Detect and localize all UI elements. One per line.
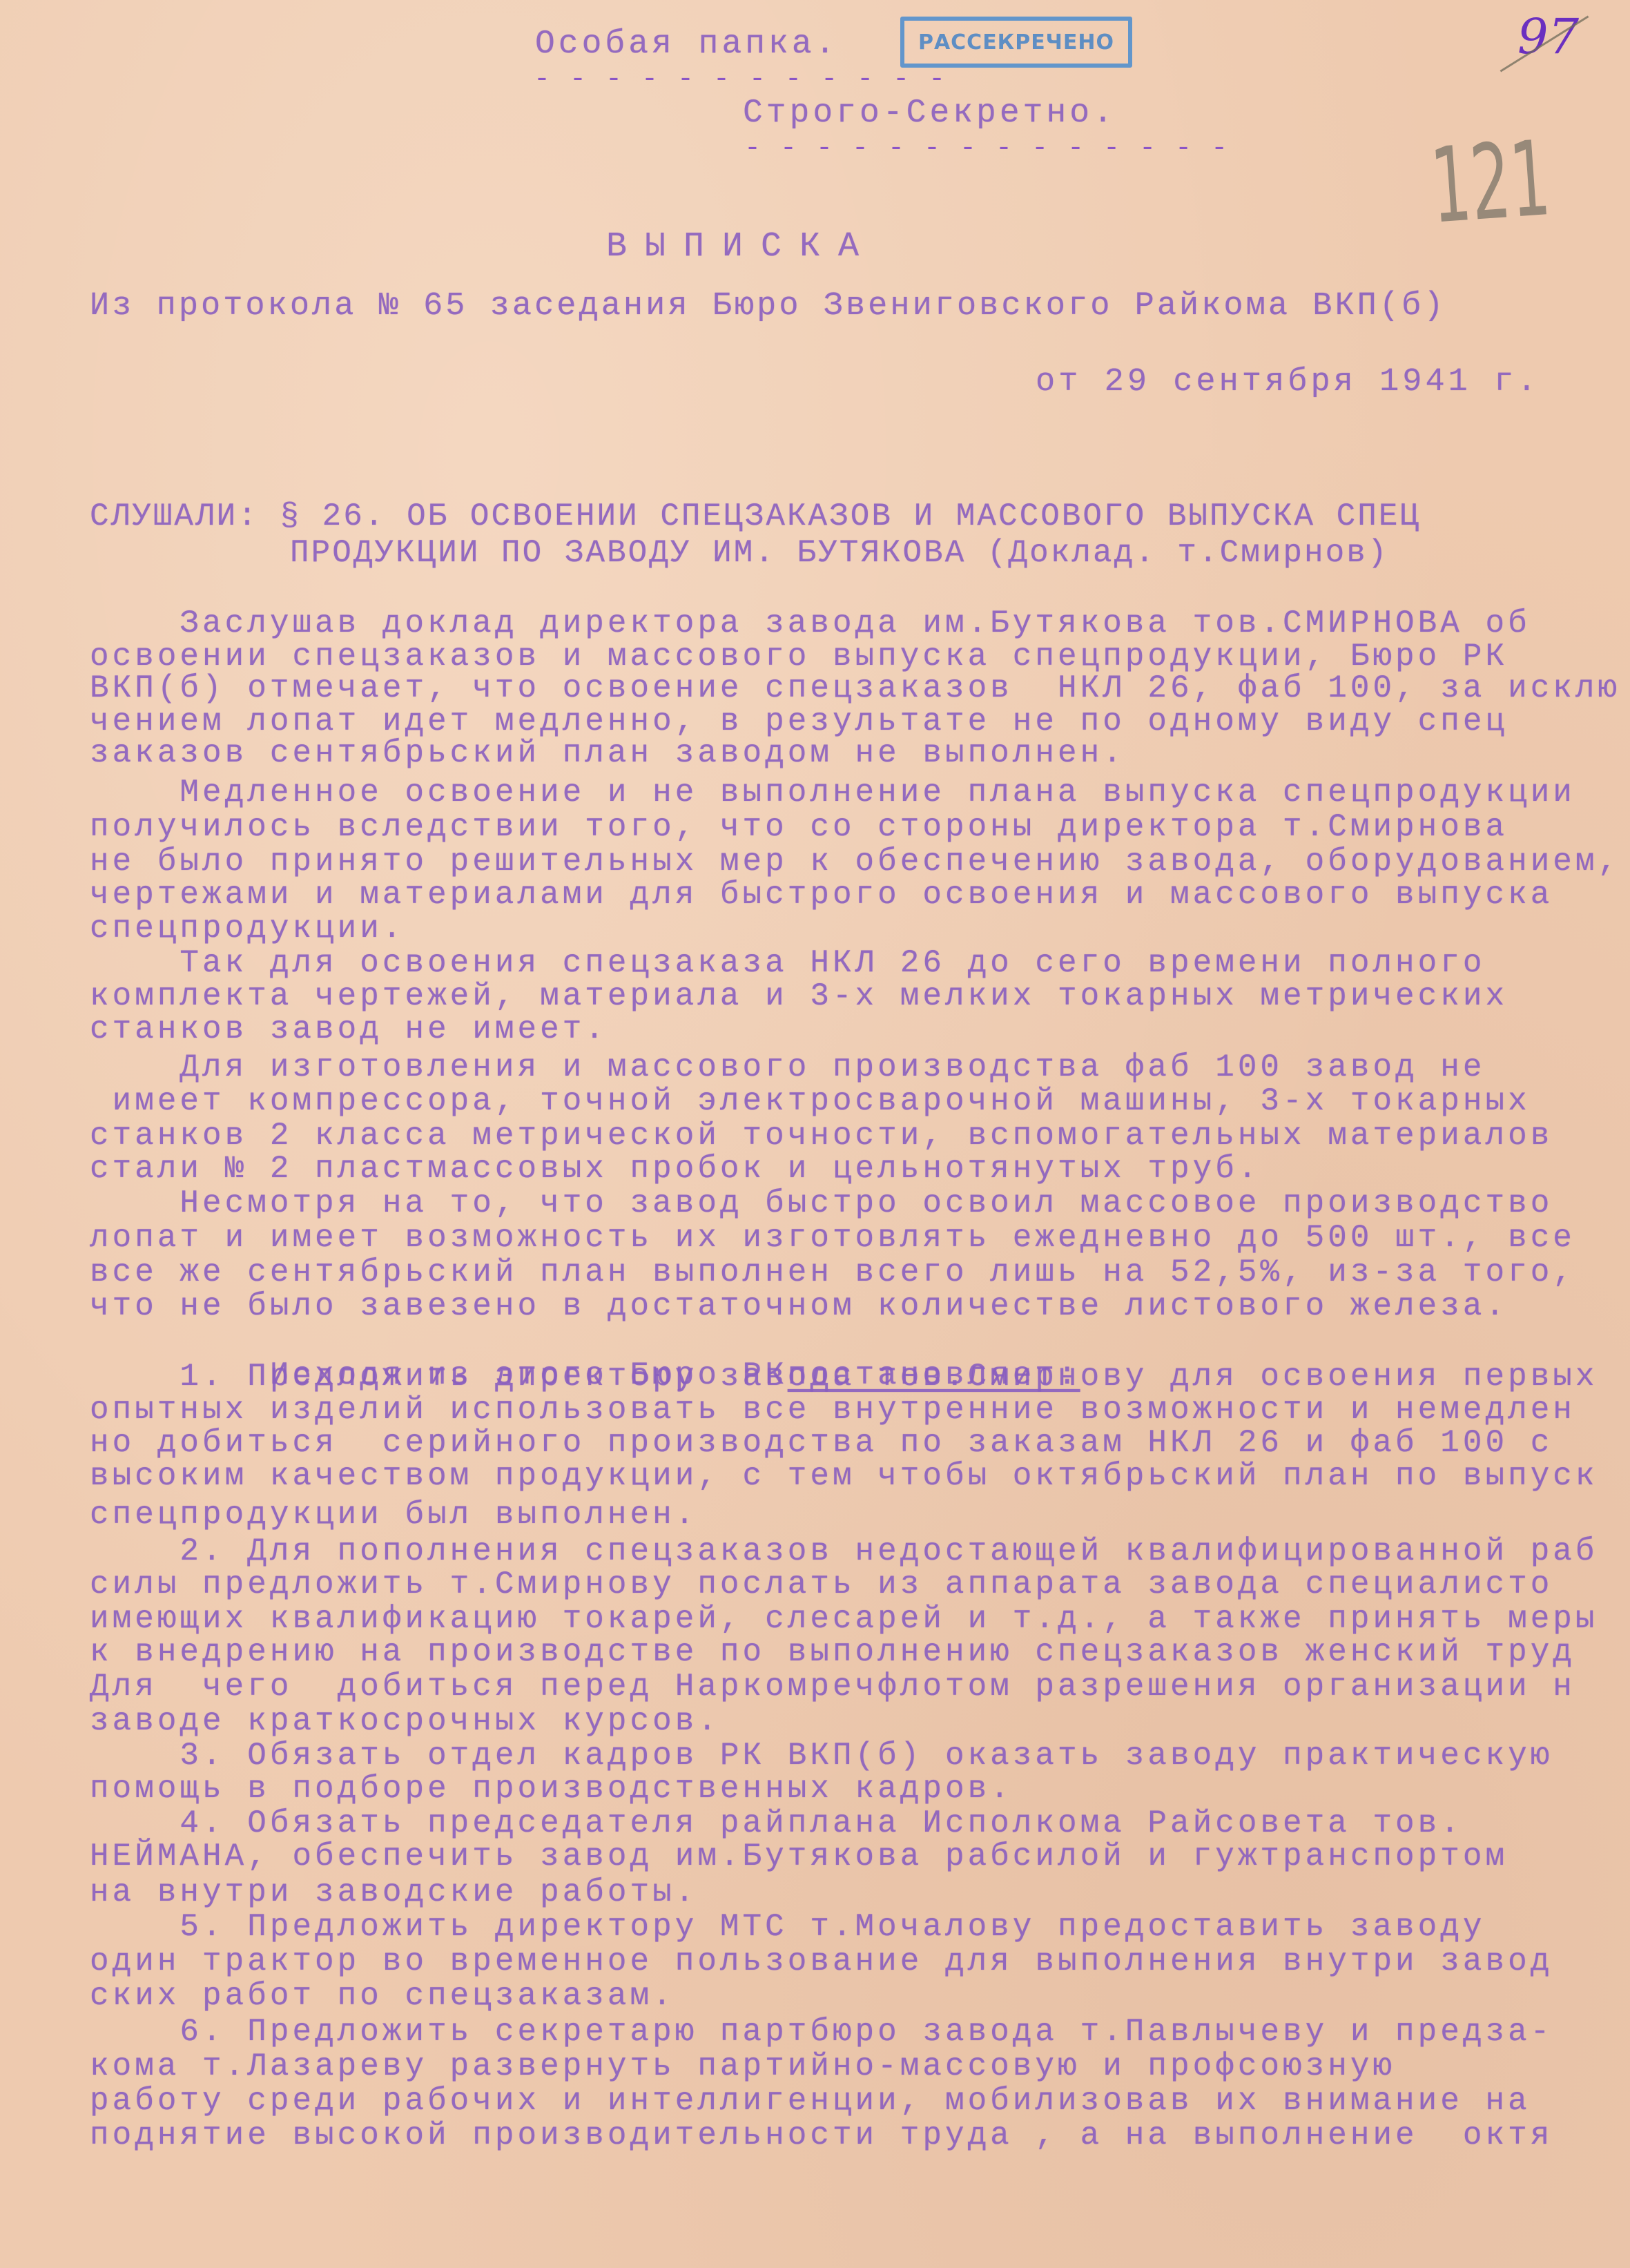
- body-line: Несмотря на то, что завод быстро освоил …: [90, 1188, 1553, 1219]
- body-line: получилось вследствии того, что со сторо…: [90, 811, 1508, 843]
- body-line: лопат и имеет возможность их изготовлять…: [90, 1222, 1575, 1254]
- body-line: освоении спецзаказов и массового выпуска…: [90, 641, 1508, 672]
- folder-label: Особая папка.: [535, 28, 838, 61]
- body-line: НЕЙМАНА, обеспечить завод им.Бутякова ра…: [90, 1841, 1508, 1872]
- body-line: опытных изделий использовать все внутрен…: [90, 1394, 1575, 1426]
- body-line: станков 2 класса метрической точности, в…: [90, 1120, 1553, 1152]
- body-line: поднятие высокой производительности труд…: [90, 2120, 1553, 2151]
- body-line: 1. Предложить директору завода тов.Смирн…: [90, 1361, 1598, 1393]
- body-line: работу среди рабочих и интеллигенции, мо…: [90, 2085, 1531, 2117]
- body-line: все же сентябрьский план выполнен всего …: [90, 1257, 1575, 1288]
- document-subtitle: Из протокола № 65 заседания Бюро Звениго…: [90, 290, 1446, 322]
- body-line: комплекта чертежей, материала и 3-х мелк…: [90, 980, 1508, 1012]
- body-line: кома т.Лазареву развернуть партийно-масс…: [90, 2051, 1395, 2082]
- body-line: высоким качеством продукции, с тем чтобы…: [90, 1460, 1598, 1492]
- folder-underline: - - - - - - - - - - - -: [534, 66, 947, 94]
- body-line: один трактор во временное пользование дл…: [90, 1946, 1553, 1977]
- heard-line-1: СЛУШАЛИ: § 26. ОБ ОСВОЕНИИ СПЕЦЗАКАЗОВ И…: [90, 501, 1421, 532]
- body-line: 6. Предложить секретарю партбюро завода …: [90, 2016, 1553, 2048]
- document-heading: ВЫПИСКА: [606, 230, 877, 264]
- declassified-stamp: РАССЕКРЕЧЕНО: [900, 17, 1132, 68]
- body-line: имеет компрессора, точной электросварочн…: [90, 1085, 1531, 1117]
- body-line: 5. Предложить директору МТС т.Мочалову п…: [90, 1911, 1485, 1943]
- body-line: помощь в подборе производственных кадров…: [90, 1773, 1013, 1805]
- body-line: Заслушав доклад директора завода им.Бутя…: [90, 608, 1531, 639]
- body-line: Медленное освоение и не выполнение плана…: [90, 777, 1575, 808]
- body-line: ских работ по спецзаказам.: [90, 1980, 675, 2012]
- body-line: спецпродукции.: [90, 913, 405, 944]
- body-line: к внедрению на производстве по выполнени…: [90, 1636, 1575, 1668]
- body-line: стали № 2 пластмассовых пробок и цельнот…: [90, 1153, 1260, 1185]
- document-date: от 29 сентября 1941 г.: [1036, 366, 1540, 398]
- body-line: Так для освоения спецзаказа НКЛ 26 до се…: [90, 947, 1485, 979]
- body-line: станков завод не имеет.: [90, 1014, 608, 1045]
- body-line: имеющих квалификацию токарей, слесарей и…: [90, 1603, 1598, 1635]
- body-line: что не было завезено в достаточном колич…: [90, 1290, 1508, 1322]
- secrecy-label: Строго-Секретно.: [743, 97, 1116, 130]
- secrecy-underline: - - - - - - - - - - - - - -: [744, 135, 1229, 163]
- page-number-pencil: 121: [1428, 127, 1553, 239]
- body-line: 2. Для пополнения спецзаказов недостающе…: [90, 1535, 1598, 1567]
- body-line: Для изготовления и массового производств…: [90, 1051, 1485, 1083]
- heard-line-2: ПРОДУКЦИИ ПО ЗАВОДУ ИМ. БУТЯКОВА (Доклад…: [290, 537, 1388, 569]
- body-line: спецпродукции был выполнен.: [90, 1499, 697, 1531]
- body-line: 4. Обязать председателя райплана Исполко…: [90, 1807, 1463, 1839]
- body-line: заказов сентябрьский план заводом не вып…: [90, 737, 1125, 769]
- body-line: силы предложить т.Смирнову послать из ап…: [90, 1569, 1553, 1600]
- body-line: Для чего добиться перед Наркомречфлотом …: [90, 1671, 1575, 1703]
- body-line: ВКП(б) отмечает, что освоение спецзаказо…: [90, 672, 1620, 704]
- body-line: чертежами и материалами для быстрого осв…: [90, 879, 1553, 911]
- stamp-text: РАССЕКРЕЧЕНО: [918, 30, 1114, 55]
- body-line: чением лопат идет медленно, в результате…: [90, 706, 1508, 737]
- body-line: 3. Обязать отдел кадров РК ВКП(б) оказат…: [90, 1740, 1553, 1772]
- body-line: на внутри заводские работы.: [90, 1877, 697, 1908]
- body-line: заводе краткосрочных курсов.: [90, 1705, 720, 1737]
- body-line: не было принято решительных мер к обеспе…: [90, 846, 1620, 878]
- body-line: но добиться серийного производства по за…: [90, 1427, 1553, 1459]
